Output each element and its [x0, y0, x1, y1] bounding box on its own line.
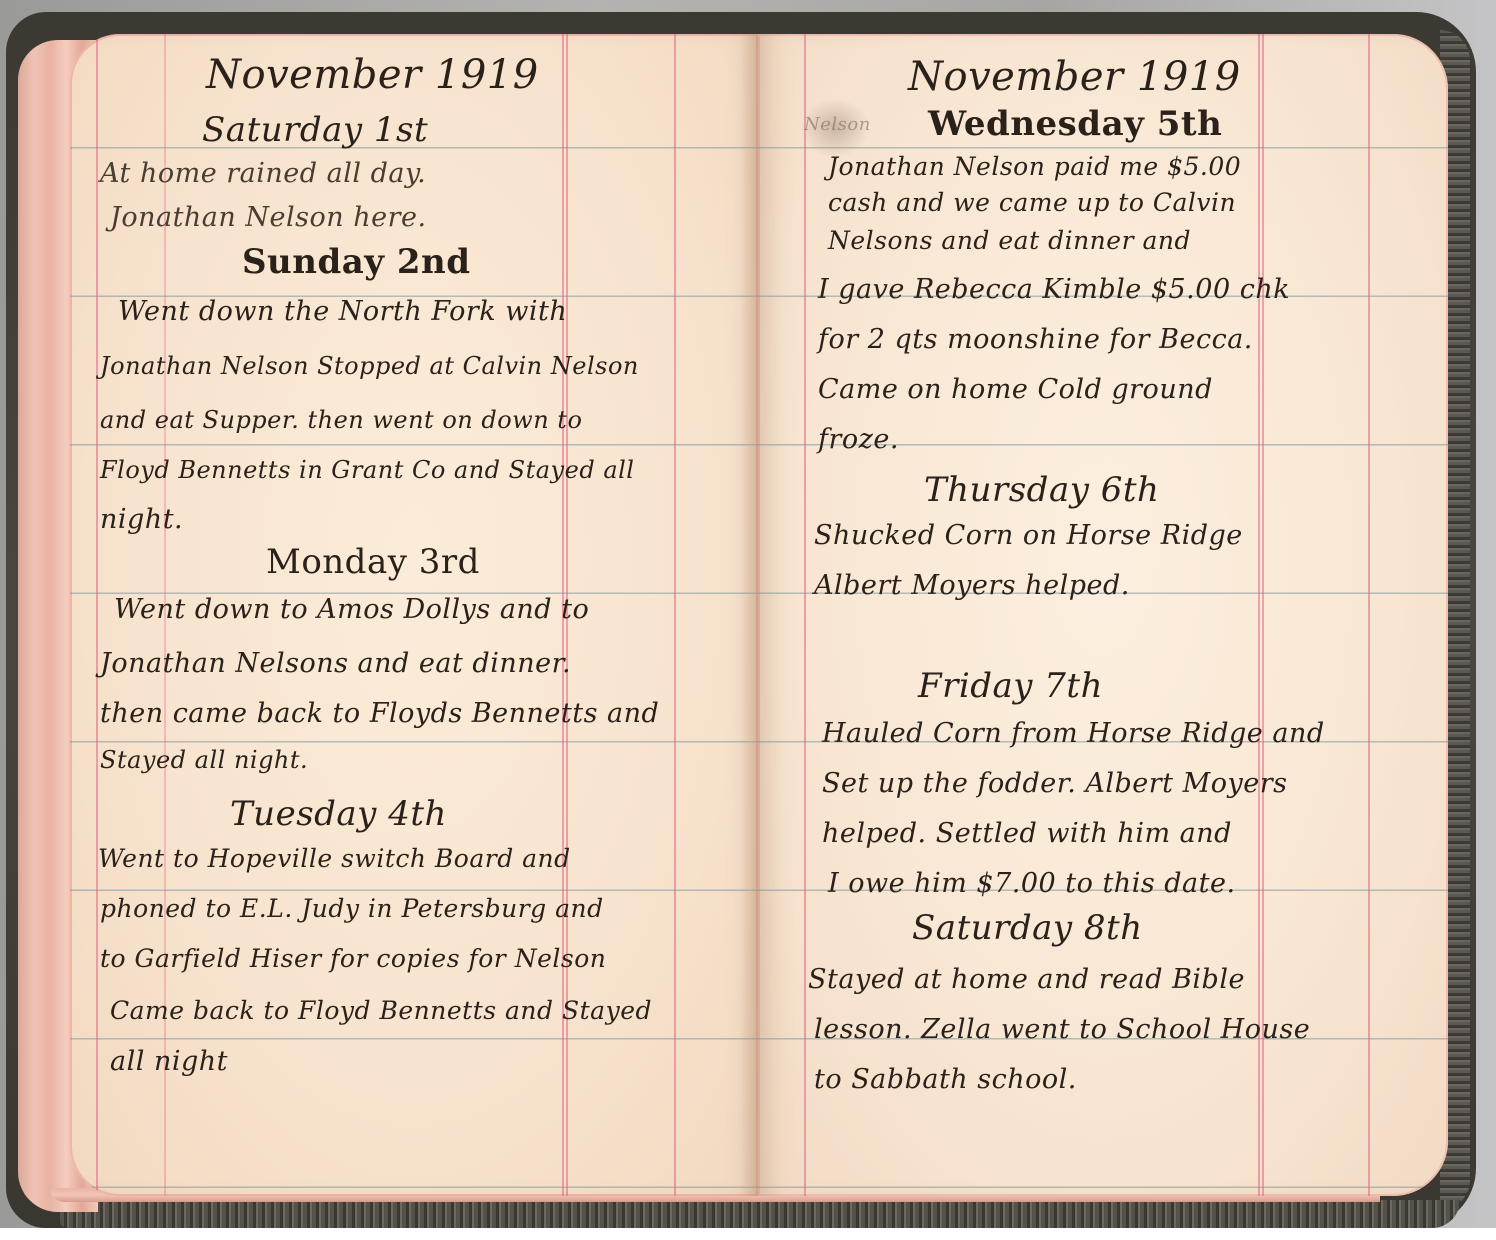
entry-line: then came back to Floyds Bennetts and — [100, 698, 659, 729]
entry-line: Jonathan Nelson Stopped at Calvin Nelson — [100, 352, 639, 380]
entry-line: to Garfield Hiser for copies for Nelson — [100, 944, 606, 973]
day-heading: Thursday 6th — [924, 470, 1159, 510]
entry-line: Shucked Corn on Horse Ridge — [814, 520, 1243, 551]
entry-line: Went down to Amos Dollys and to — [114, 594, 589, 625]
entry-line: lesson. Zella went to School House — [814, 1014, 1310, 1045]
entry-line: Jonathan Nelson paid me $5.00 — [828, 152, 1241, 181]
bleed-through-text — [490, 164, 499, 197]
entry-line: phoned to E.L. Judy in Petersburg and — [100, 894, 604, 923]
column-line — [674, 34, 676, 1196]
ink-stain — [800, 98, 870, 158]
entry-line: for 2 qts moonshine for Becca. — [818, 324, 1253, 355]
entry-line: Stayed at home and read Bible — [808, 964, 1245, 995]
entry-line: Went down the North Fork with — [118, 296, 567, 327]
day-heading: Saturday 8th — [912, 908, 1143, 948]
entry-line: Came on home Cold ground — [818, 374, 1213, 405]
entry-line: Hauled Corn from Horse Ridge and — [822, 718, 1325, 749]
left-page: November 1919 Saturday 1st At home raine… — [70, 34, 758, 1196]
entry-line: Came back to Floyd Bennetts and Stayed — [110, 996, 652, 1025]
day-heading: Sunday 2nd — [242, 242, 471, 282]
page-title: November 1919 — [908, 54, 1241, 100]
column-line — [1368, 34, 1370, 1196]
entry-line: Set up the fodder. Albert Moyers — [822, 768, 1288, 799]
scan-bottom-margin — [0, 1228, 1496, 1240]
entry-line: I gave Rebecca Kimble $5.00 chk — [818, 274, 1290, 305]
cover-bottom-edge — [60, 1200, 1460, 1228]
margin-line — [804, 34, 806, 1196]
page-title: November 1919 — [206, 52, 539, 98]
day-heading: Saturday 1st — [202, 110, 428, 150]
entry-line: cash and we came up to Calvin — [828, 188, 1236, 217]
entry-line: all night — [110, 1046, 228, 1077]
entry-line: helped. Settled with him and — [822, 818, 1232, 849]
entry-line: night. — [100, 504, 183, 535]
day-heading: Wednesday 5th — [928, 104, 1222, 144]
entry-line: Jonathan Nelsons and eat dinner. — [100, 648, 571, 679]
day-heading: Tuesday 4th — [230, 794, 447, 834]
entry-line: Nelsons and eat dinner and — [828, 226, 1191, 255]
entry-line: At home rained all day. — [100, 158, 426, 189]
entry-line: Jonathan Nelson here. — [110, 202, 427, 233]
entry-line: Floyd Bennetts in Grant Co and Stayed al… — [100, 456, 634, 484]
entry-line: and eat Supper. then went on down to — [100, 406, 582, 434]
entry-line: to Sabbath school. — [814, 1064, 1077, 1095]
entry-line: Stayed all night. — [100, 746, 308, 774]
entry-line: I owe him $7.00 to this date. — [828, 868, 1236, 899]
entry-line: Went to Hopeville switch Board and — [98, 844, 571, 873]
day-heading: Monday 3rd — [266, 542, 480, 582]
day-heading: Friday 7th — [918, 666, 1103, 706]
right-page: November 1919 Nelson Wednesday 5th Jonat… — [758, 34, 1448, 1196]
entry-line: Albert Moyers helped. — [814, 570, 1130, 601]
entry-line: froze. — [818, 424, 899, 455]
margin-line — [96, 34, 98, 1196]
